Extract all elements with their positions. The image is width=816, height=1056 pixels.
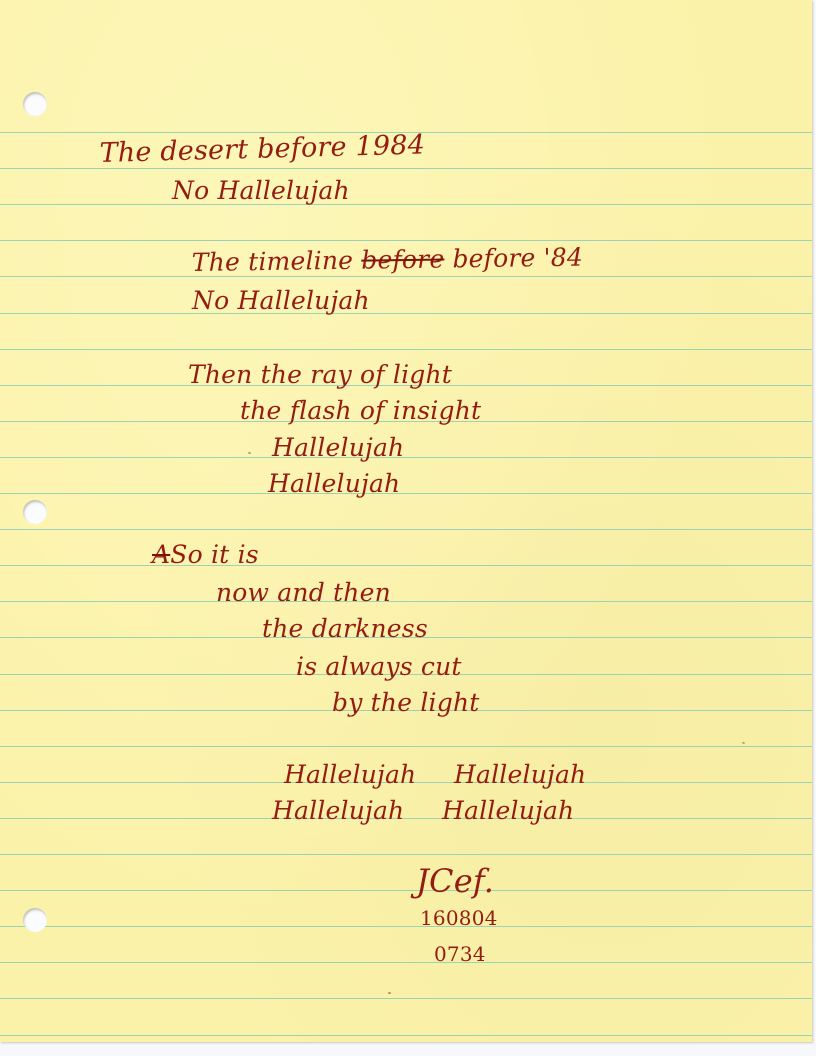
- rule-line: [0, 493, 812, 494]
- struck-out-letter: A: [152, 540, 170, 569]
- rule-line: [0, 349, 812, 350]
- binder-hole-middle: [23, 500, 47, 524]
- rule-line: [0, 529, 812, 530]
- paper-speck: [388, 992, 391, 994]
- poem-stanza4-line2: now and then: [216, 578, 391, 607]
- rule-line: [0, 1035, 812, 1036]
- poem-stanza1-line1: The desert before 1984: [99, 129, 425, 169]
- poem-stanza5-line2b: Hallelujah: [442, 796, 574, 825]
- rule-line: [0, 601, 812, 602]
- struck-out-word: before: [361, 244, 444, 274]
- signature-initials: JCef.: [416, 862, 494, 900]
- poem-stanza4-line4: is always cut: [296, 652, 462, 681]
- rule-line: [0, 457, 812, 458]
- poem-stanza2-line1: The timeline before before '84: [192, 243, 584, 277]
- rule-line: [0, 926, 812, 927]
- binder-hole-bottom: [23, 908, 47, 932]
- signature-time: 0734: [434, 942, 486, 966]
- stanza4-line1-text: So it is: [170, 540, 259, 569]
- rule-line: [0, 240, 812, 241]
- paper-speck: [248, 452, 251, 454]
- poem-stanza5-line2a: Hallelujah: [272, 796, 404, 825]
- rule-line: [0, 565, 812, 566]
- rule-line: [0, 962, 812, 963]
- poem-stanza4-line5: by the light: [332, 688, 480, 717]
- poem-stanza1-line2: No Hallelujah: [172, 176, 350, 205]
- poem-stanza3-line3: Hallelujah: [272, 433, 404, 462]
- poem-stanza3-line4: Hallelujah: [268, 469, 400, 498]
- rule-line: [0, 204, 812, 205]
- rule-line: [0, 276, 812, 277]
- rule-line: [0, 746, 812, 747]
- stanza2-line1-suffix: before '84: [444, 243, 583, 274]
- poem-stanza3-line2: the flash of insight: [240, 396, 481, 425]
- paper-speck: [742, 741, 746, 744]
- stanza2-line1-prefix: The timeline: [192, 246, 362, 277]
- poem-stanza5-line1a: Hallelujah: [284, 760, 416, 789]
- rule-line: [0, 854, 812, 855]
- signature-date: 160804: [420, 906, 498, 930]
- notebook-page: The desert before 1984 No Hallelujah The…: [0, 0, 812, 1042]
- rule-line: [0, 818, 812, 819]
- poem-stanza4-line3: the darkness: [262, 614, 428, 643]
- poem-stanza2-line2: No Hallelujah: [192, 286, 370, 315]
- poem-stanza4-line1: ASo it is: [152, 540, 259, 569]
- poem-stanza3-line1: Then the ray of light: [188, 360, 452, 389]
- rule-line: [0, 998, 812, 999]
- binder-hole-top: [23, 92, 47, 116]
- rule-line: [0, 313, 812, 314]
- rule-line: [0, 890, 812, 891]
- poem-stanza5-line1b: Hallelujah: [454, 760, 586, 789]
